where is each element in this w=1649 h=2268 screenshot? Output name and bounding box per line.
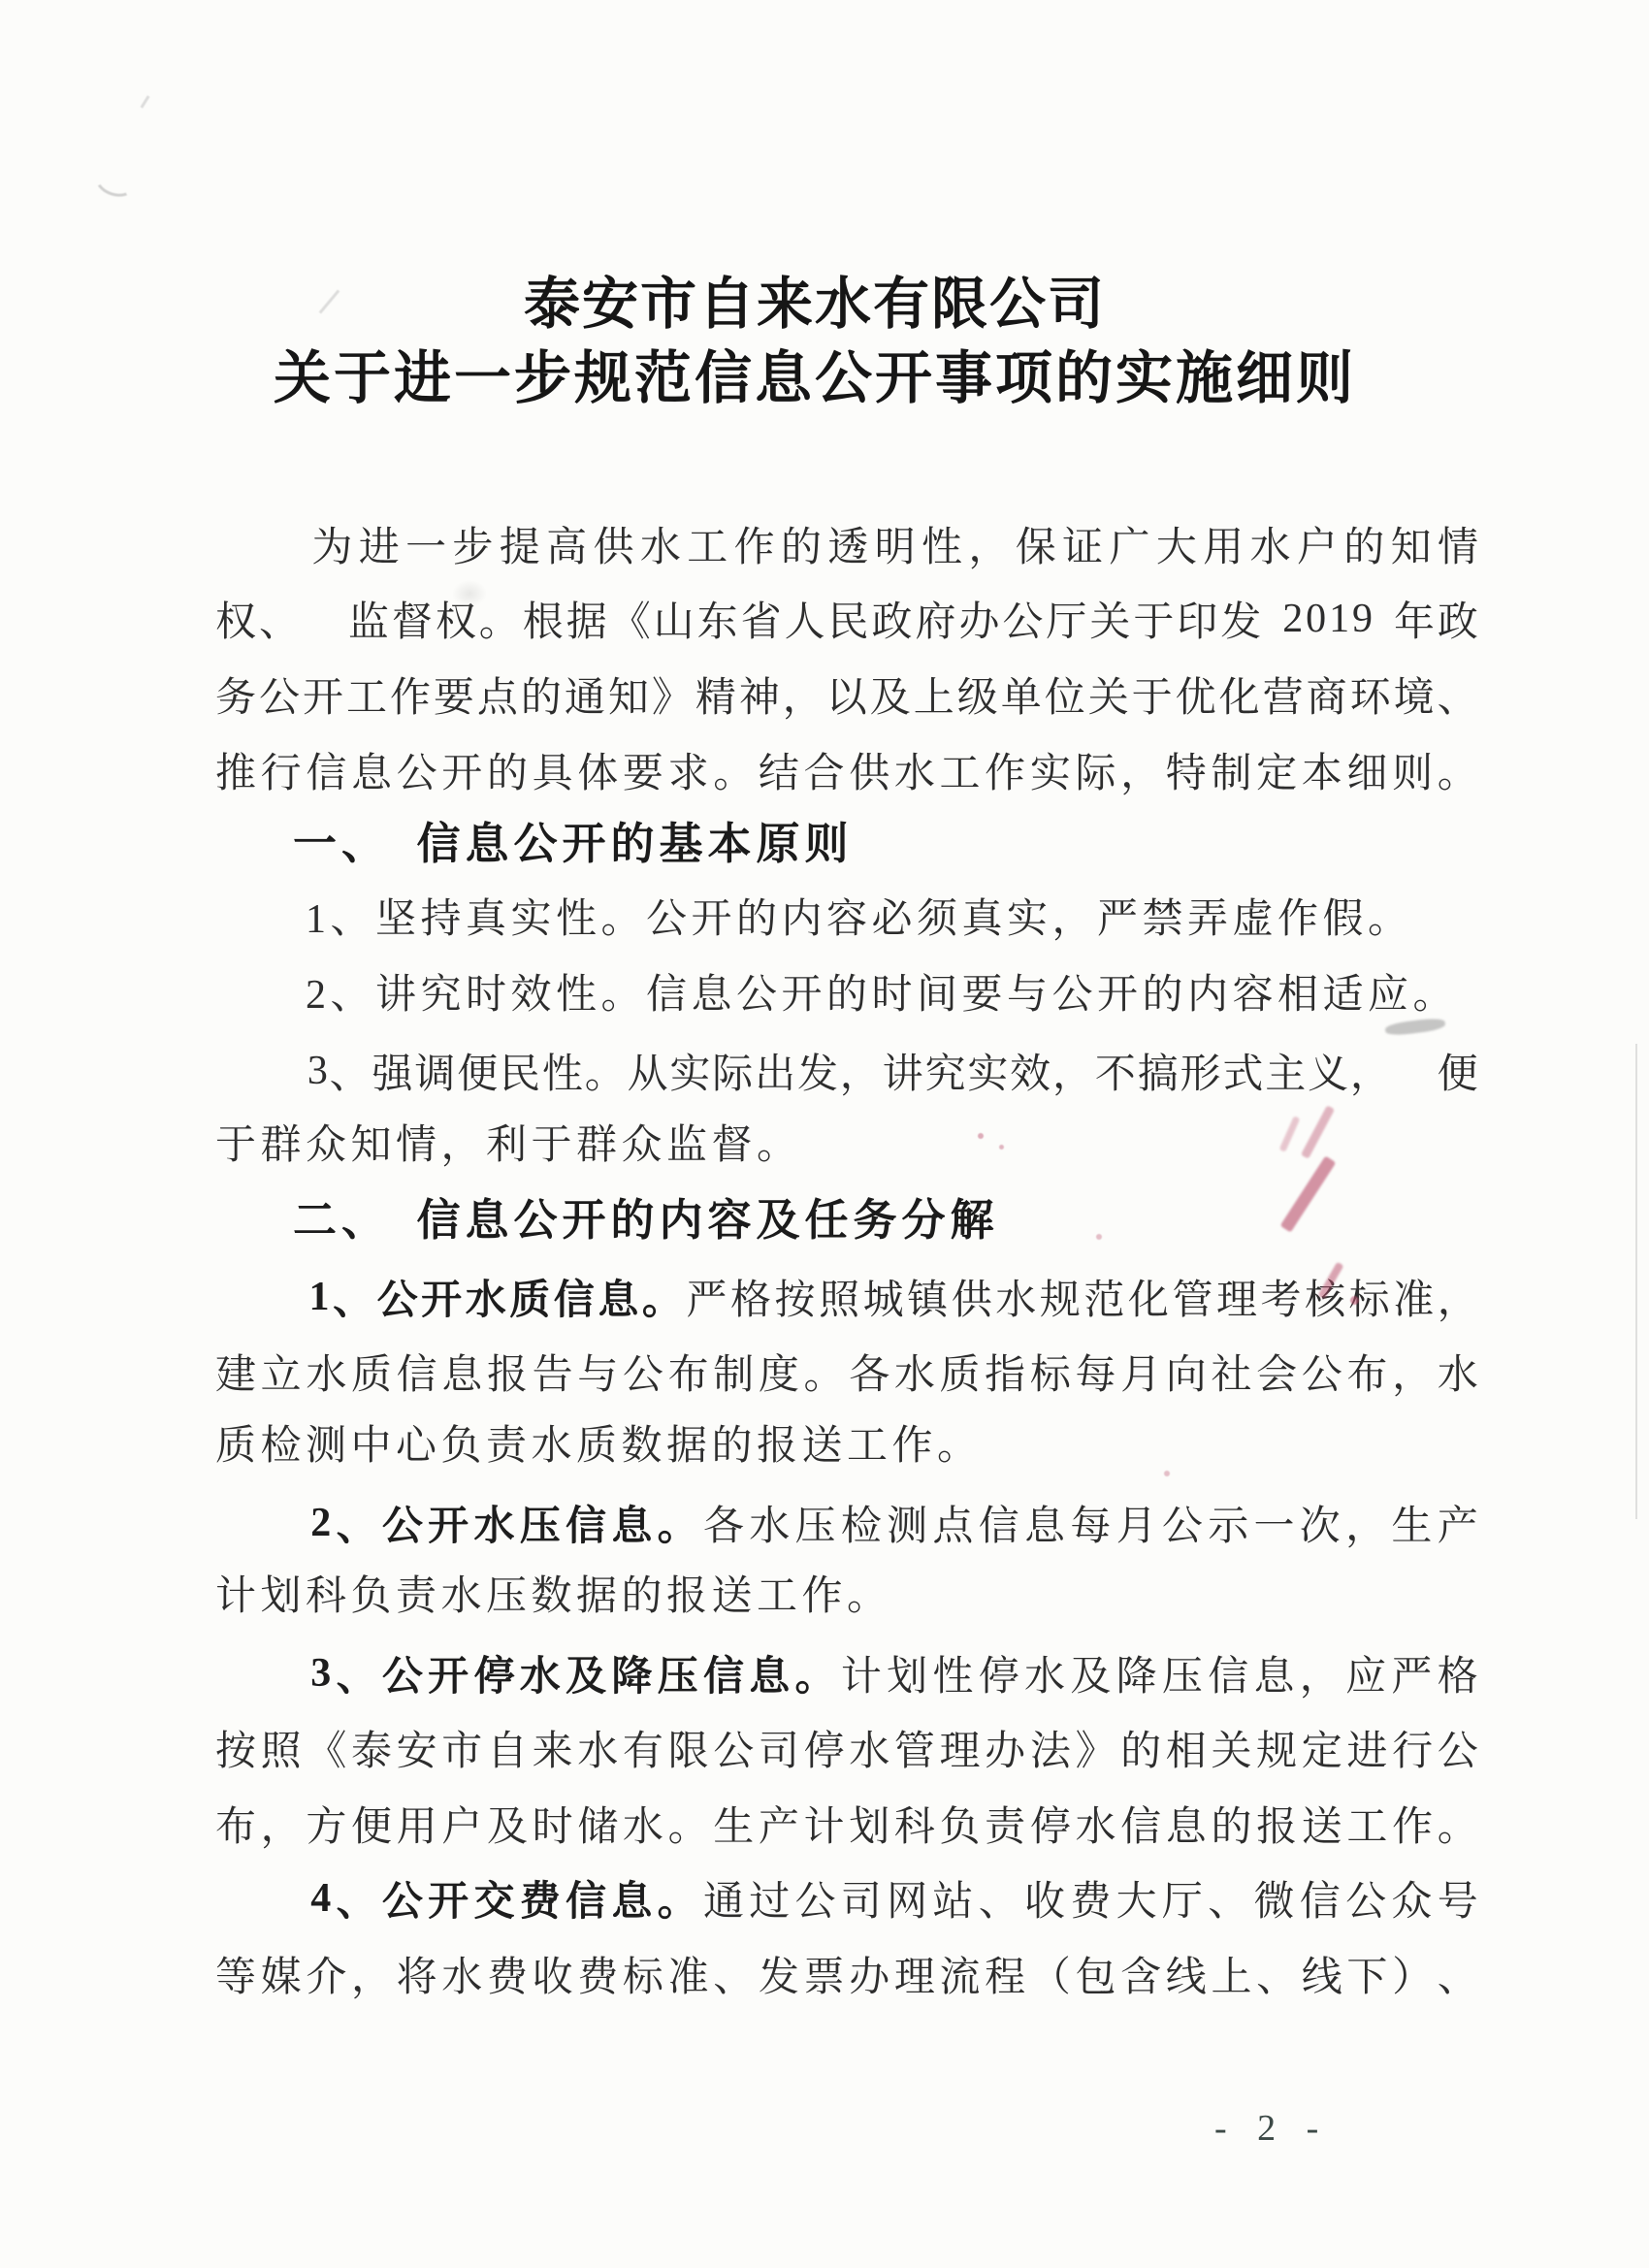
pencil-tick-stain bbox=[141, 95, 150, 108]
document-title: 泰安市自来水有限公司 关于进一步规范信息公开事项的实施细则 bbox=[0, 268, 1630, 415]
item1-3-line1: 3、强调便民性。从实际出发，讲究实效，不搞形式主义，便 bbox=[215, 1033, 1478, 1109]
document-body: 为进一步提高供水工作的透明性，保证广大用水户的知情权、监督权。根据《山东省人民政… bbox=[215, 506, 1478, 2012]
scan-edge-line bbox=[1635, 1044, 1637, 1519]
item1-1: 1、坚持真实性。公开的内容必须真实，严禁弄虚作假。 bbox=[215, 883, 1478, 958]
item2-1-line3: 质检测中心负责水质数据的报送工作。 bbox=[215, 1409, 1478, 1485]
item2-2-line1: 2、公开水压信息。各水压检测点信息每月公示一次，生产 bbox=[215, 1485, 1478, 1561]
item1-3-line2: 于群众知情，利于群众监督。 bbox=[215, 1109, 1478, 1184]
item2-3-line2: 按照《泰安市自来水有限公司停水管理办法》的相关规定进行公 bbox=[215, 1711, 1478, 1787]
scanned-document-page: 泰安市自来水有限公司 关于进一步规范信息公开事项的实施细则 为进一步提高供水工作… bbox=[0, 0, 1649, 2268]
item2-3-line3: 布，方便用户及时储水。生产计划科负责停水信息的报送工作。 bbox=[215, 1786, 1478, 1862]
para1-line1: 为进一步提高供水工作的透明性，保证广大用水户的知情 bbox=[215, 506, 1478, 582]
item2-4-line2: 等媒介，将水费收费标准、发票办理流程（包含线上、线下）、 bbox=[215, 1936, 1478, 2012]
item2-2-line2: 计划科负责水压数据的报送工作。 bbox=[215, 1560, 1478, 1636]
item2-4-line1: 4、公开交费信息。通过公司网站、收费大厅、微信公众号 bbox=[215, 1862, 1478, 1937]
item2-1-line1: 1、公开水质信息。严格按照城镇供水规范化管理考核标准， bbox=[215, 1259, 1478, 1335]
item2-3-line1: 3、公开停水及降压信息。计划性停水及降压信息，应严格 bbox=[215, 1636, 1478, 1711]
document-title-line-1: 泰安市自来水有限公司 bbox=[0, 268, 1630, 341]
page-number: - 2 - bbox=[1214, 2105, 1329, 2152]
para1-line3: 务公开工作要点的通知》精神，以及上级单位关于优化营商环境、 bbox=[215, 657, 1478, 732]
section1-heading: 一、 信息公开的基本原则 bbox=[215, 807, 1478, 883]
para1-line4: 推行信息公开的具体要求。结合供水工作实际，特制定本细则。 bbox=[215, 732, 1478, 808]
item2-1-line2: 建立水质信息报告与公布制度。各水质指标每月向社会公布，水 bbox=[215, 1335, 1478, 1410]
para1-line2: 权、监督权。根据《山东省人民政府办公厅关于印发2019年政 bbox=[215, 582, 1478, 658]
item1-2: 2、讲究时效性。信息公开的时间要与公开的内容相适应。 bbox=[215, 958, 1478, 1034]
section2-heading: 二、 信息公开的内容及任务分解 bbox=[215, 1183, 1478, 1259]
document-title-line-2: 关于进一步规范信息公开事项的实施细则 bbox=[0, 341, 1630, 415]
pencil-curve-stain bbox=[91, 161, 139, 202]
